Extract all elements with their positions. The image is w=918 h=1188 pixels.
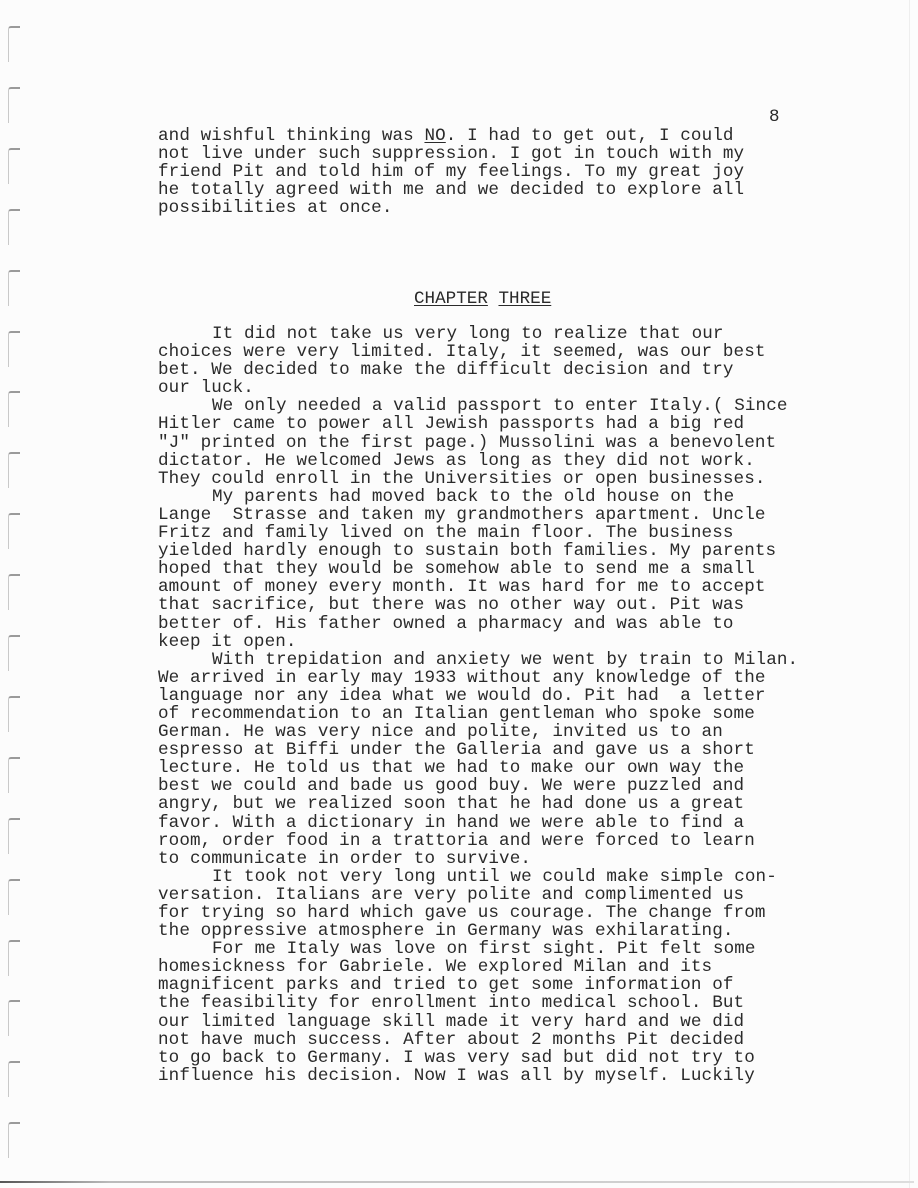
paragraph-first-line: It did not take us very long to realize … (158, 325, 798, 343)
paragraph-first-line: My parents had moved back to the old hou… (158, 488, 798, 506)
text-line: influence his decision. Now I was all by… (158, 1067, 798, 1085)
binder-mark (8, 696, 20, 732)
binder-mark (8, 818, 20, 854)
text-line: magnificent parks and tried to get some … (158, 976, 798, 994)
text-line: "J" printed on the first page.) Mussolin… (158, 434, 798, 452)
page-bottom-edge (0, 1181, 914, 1183)
text-line: versation. Italians are very polite and … (158, 886, 798, 904)
text-line: favor. With a dictionary in hand we were… (158, 814, 798, 832)
binder-mark (8, 87, 20, 123)
text-line: that sacrifice, but there was no other w… (158, 596, 798, 614)
chapter-heading: CHAPTER THREE (414, 290, 551, 308)
underlined-text: NO (424, 126, 445, 146)
text-run: . I had to get out, I could (446, 126, 734, 146)
text-line: angry, but we realized soon that he had … (158, 795, 798, 813)
text-line: for trying so hard which gave us courage… (158, 904, 798, 922)
text-line: They could enroll in the Universities or… (158, 470, 798, 488)
binder-mark (8, 26, 20, 62)
chapter-heading-word: THREE (498, 289, 551, 309)
text-line: language nor any idea what we would do. … (158, 687, 798, 705)
text-run: and wishful thinking was (158, 126, 424, 146)
text-line: keep it open. (158, 633, 798, 651)
text-line: We arrived in early may 1933 without any… (158, 669, 798, 687)
text-line: room, order food in a trattoria and were… (158, 832, 798, 850)
text-line: dictator. He welcomed Jews as long as th… (158, 452, 798, 470)
chapter-heading-word: CHAPTER (414, 289, 488, 309)
text-line: he totally agreed with me and we decided… (158, 181, 744, 199)
text-line: our limited language skill made it very … (158, 1013, 798, 1031)
text-line: not live under such suppression. I got i… (158, 145, 744, 163)
paragraph-first-line: We only needed a valid passport to enter… (158, 397, 798, 415)
binder-mark (8, 270, 20, 306)
text-line: of recommendation to an Italian gentlema… (158, 705, 798, 723)
scanned-page: 8 and wishful thinking was NO. I had to … (0, 0, 918, 1188)
text-line: best we could and bade us good buy. We w… (158, 777, 798, 795)
binder-mark (8, 331, 20, 367)
binder-mark (8, 1122, 20, 1158)
chapter-body: It did not take us very long to realize … (158, 325, 798, 1085)
text-run: not live under such suppression. I got i… (158, 144, 744, 164)
text-line: yielded hardly enough to sustain both fa… (158, 542, 798, 560)
binder-mark (8, 148, 20, 184)
text-line: choices were very limited. Italy, it see… (158, 343, 798, 361)
text-line: to go back to Germany. I was very sad bu… (158, 1049, 798, 1067)
paragraph-first-line: With trepidation and anxiety we went by … (158, 651, 798, 669)
text-line: the feasibility for enrollment into medi… (158, 994, 798, 1012)
text-line: not have much success. After about 2 mon… (158, 1031, 798, 1049)
text-line: Hitler came to power all Jewish passport… (158, 415, 798, 433)
text-run: friend Pit and told him of my feelings. … (158, 162, 744, 182)
text-line: to communicate in order to survive. (158, 850, 798, 868)
binder-mark (8, 757, 20, 793)
text-line: bet. We decided to make the difficult de… (158, 361, 798, 379)
binder-mark (8, 1000, 20, 1036)
binder-mark (8, 391, 20, 427)
paragraph-first-line: It took not very long until we could mak… (158, 868, 798, 886)
text-line: possibilities at once. (158, 199, 744, 217)
text-run: he totally agreed with me and we decided… (158, 180, 744, 200)
page-right-edge (909, 0, 910, 1188)
intro-paragraph: and wishful thinking was NO. I had to ge… (158, 127, 744, 217)
text-line: hoped that they would be somehow able to… (158, 560, 798, 578)
page-number: 8 (769, 108, 780, 126)
text-line: Lange Strasse and taken my grandmothers … (158, 506, 798, 524)
paragraph-first-line: For me Italy was love on first sight. Pi… (158, 940, 798, 958)
text-line: Fritz and family lived on the main floor… (158, 524, 798, 542)
text-line: espresso at Biffi under the Galleria and… (158, 741, 798, 759)
binder-mark (8, 1061, 20, 1097)
text-line: better of. His father owned a pharmacy a… (158, 615, 798, 633)
text-line: German. He was very nice and polite, inv… (158, 723, 798, 741)
text-line: friend Pit and told him of my feelings. … (158, 163, 744, 181)
binder-mark (8, 574, 20, 610)
text-line: homesickness for Gabriele. We explored M… (158, 958, 798, 976)
binder-mark (8, 879, 20, 915)
text-run: possibilities at once. (158, 198, 392, 218)
binder-mark (8, 940, 20, 976)
text-line: amount of money every month. It was hard… (158, 578, 798, 596)
text-line: and wishful thinking was NO. I had to ge… (158, 127, 744, 145)
binder-mark (8, 452, 20, 488)
text-line: our luck. (158, 379, 798, 397)
text-line: the oppressive atmosphere in Germany was… (158, 922, 798, 940)
binder-mark (8, 635, 20, 671)
binder-mark (8, 513, 20, 549)
text-line: lecture. He told us that we had to make … (158, 759, 798, 777)
binder-mark (8, 209, 20, 245)
